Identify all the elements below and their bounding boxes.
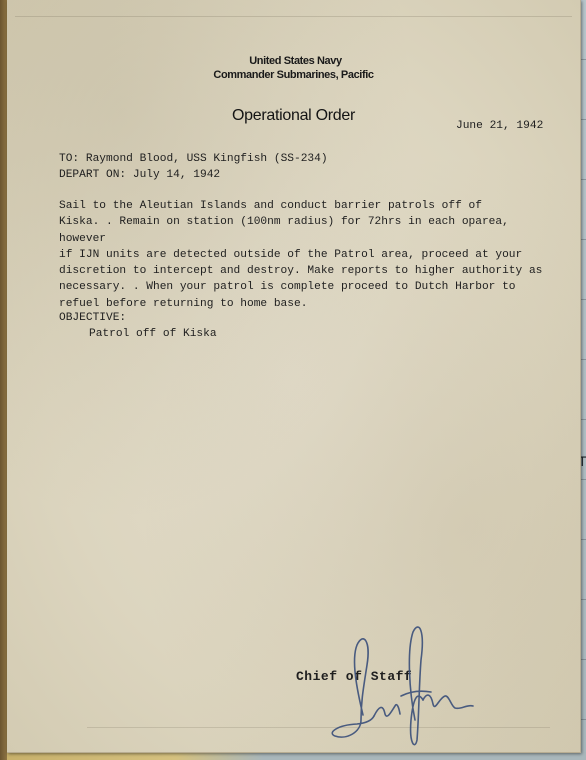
paper-crease [15,16,572,17]
to-label: TO: [59,153,79,165]
addressee-block: TO: Raymond Blood, USS Kingfish (SS-234)… [59,151,328,183]
operational-order-document[interactable]: United States Navy Commander Submarines,… [7,0,581,753]
document-date: June 21, 1942 [456,120,543,132]
document-letterhead: United States Navy Commander Submarines,… [7,54,580,82]
depart-value: July 14, 1942 [133,169,220,181]
organization-name: United States Navy [7,54,580,68]
paper-crease [87,727,550,728]
command-name: Commander Submarines, Pacific [7,68,580,82]
objective-value: Patrol off of Kiska [89,328,217,340]
signer-title: Chief of Staff [296,669,412,684]
map-landmass [0,752,586,760]
map-edge [0,0,7,760]
orders-body: Sail to the Aleutian Islands and conduct… [59,198,549,312]
depart-label: DEPART ON: [59,169,126,181]
to-line: TO: Raymond Blood, USS Kingfish (SS-234) [59,151,328,167]
objective-label: OBJECTIVE: [59,312,126,324]
signature-icon [327,620,477,750]
depart-line: DEPART ON: July 14, 1942 [59,167,328,183]
to-value: Raymond Blood, USS Kingfish (SS-234) [86,153,328,165]
